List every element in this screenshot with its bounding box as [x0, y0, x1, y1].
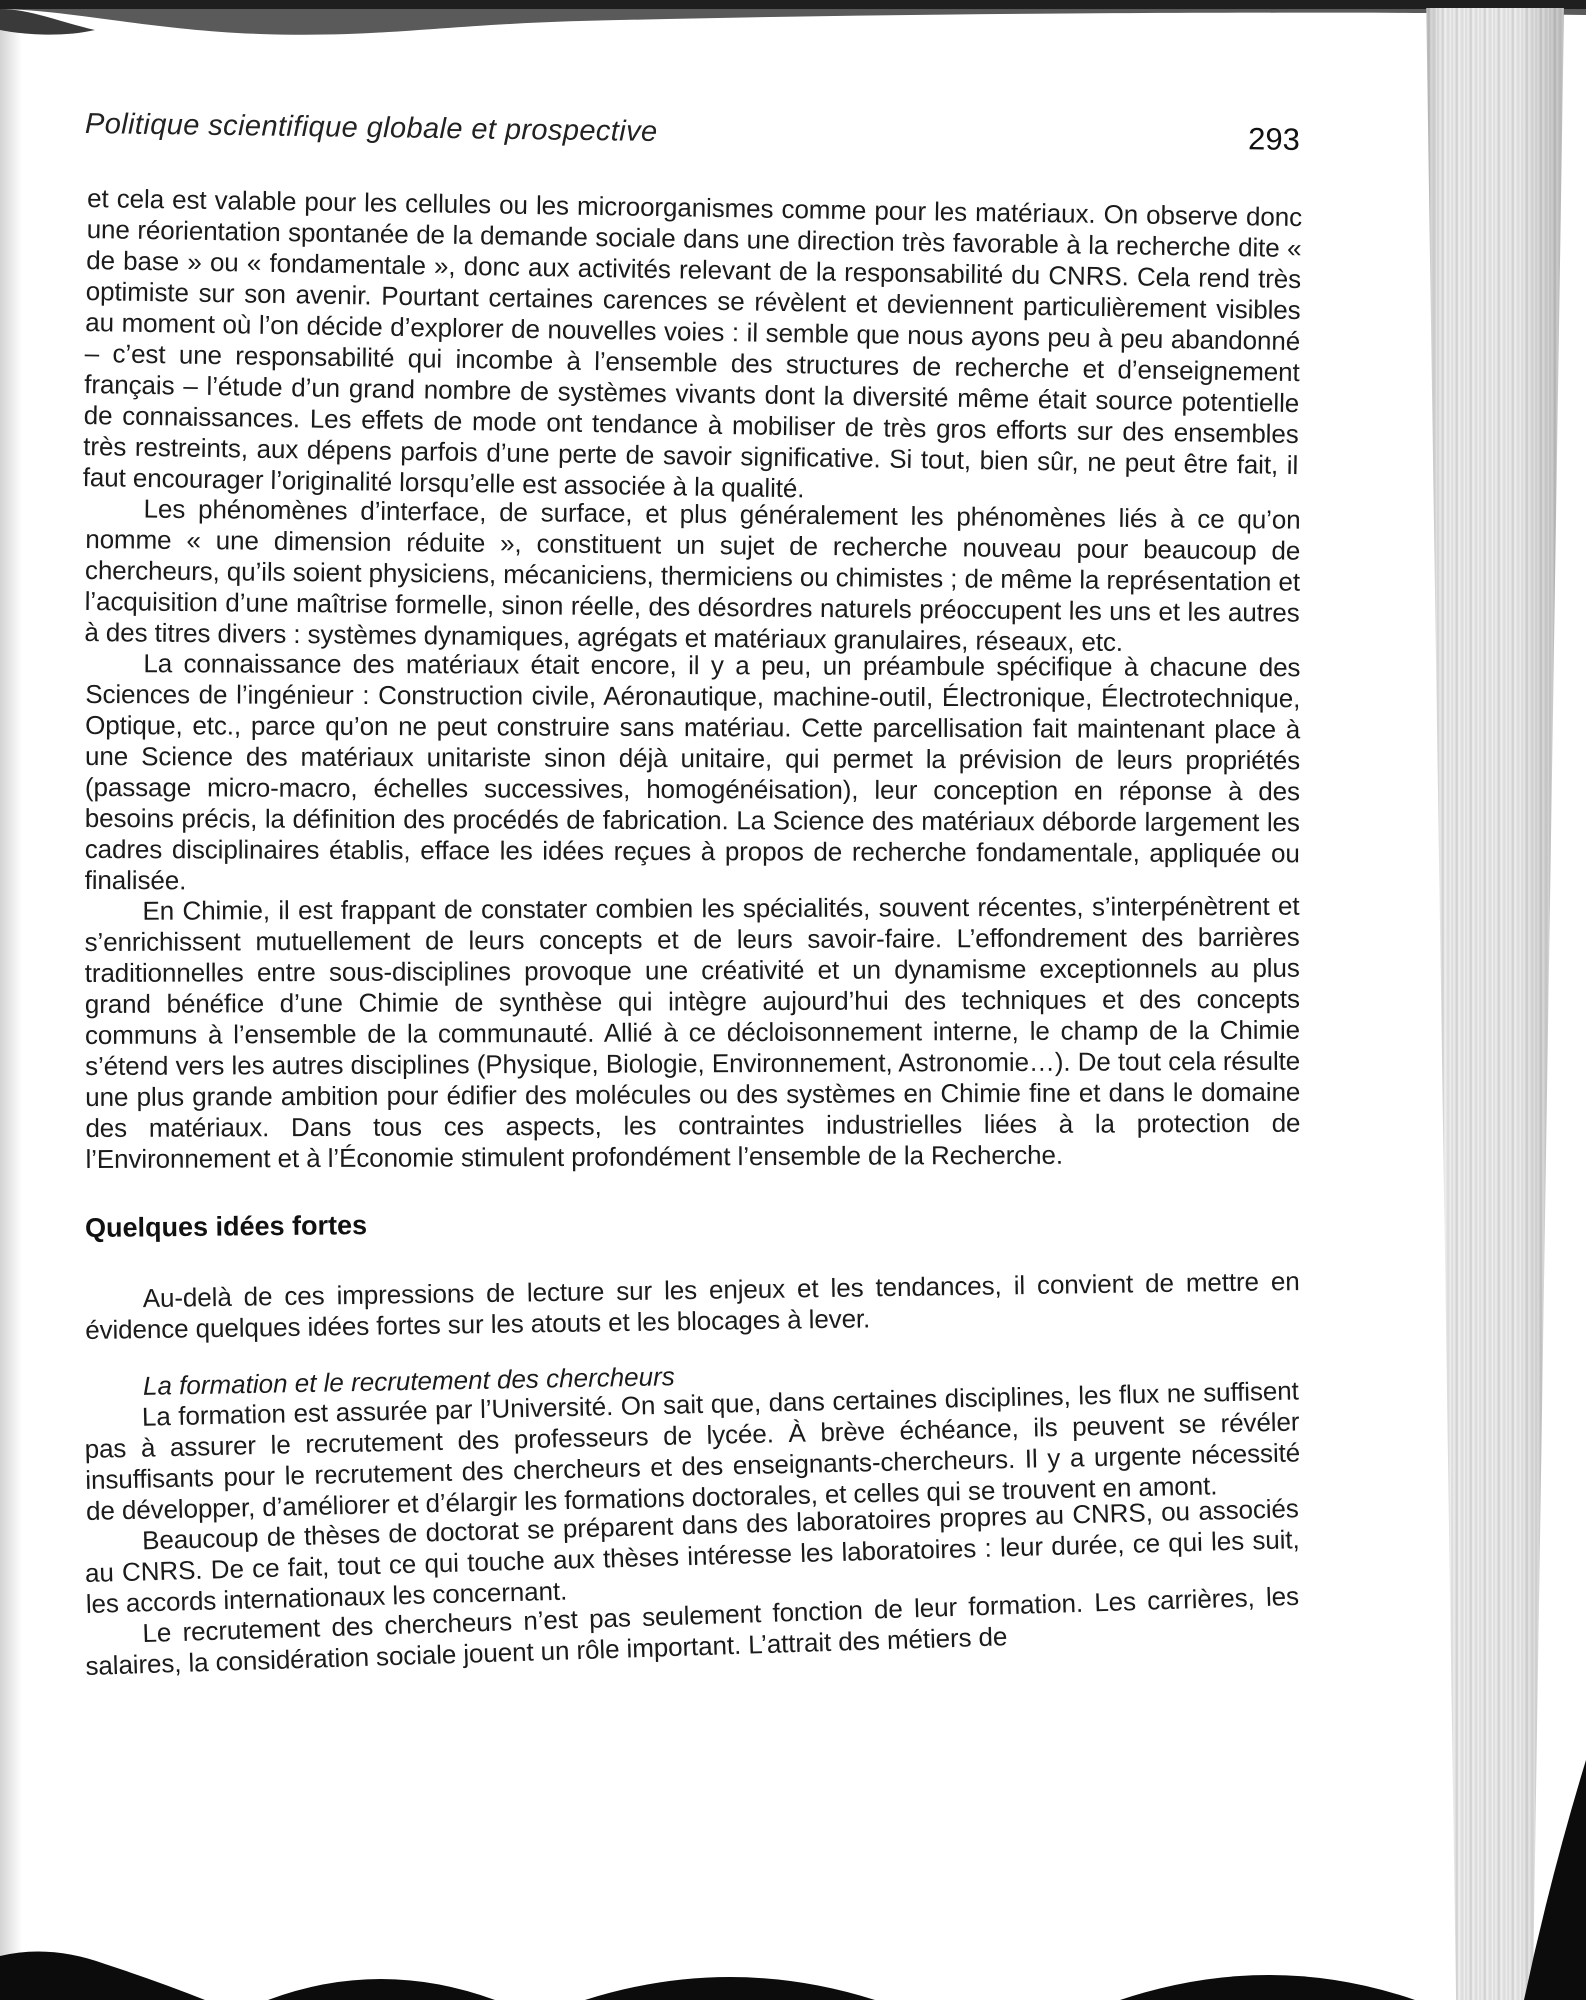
book-bottom-edge	[0, 1760, 1586, 2000]
body-paragraph: En Chimie, il est frappant de constater …	[84, 891, 1300, 1175]
body-paragraph: Les phénomènes d’interface, de surface, …	[84, 493, 1300, 660]
section-heading: Quelques idées fortes	[85, 1200, 1300, 1244]
page-stack-edge	[1422, 8, 1564, 2000]
body-paragraph: et cela est valable pour les cellules ou…	[83, 183, 1303, 512]
left-page-shadow	[0, 0, 22, 2000]
page-content: Politique scientifique globale et prospe…	[85, 105, 1300, 1682]
body-text: et cela est valable pour les cellules ou…	[85, 183, 1300, 1682]
body-paragraph: La connaissance des matériaux était enco…	[85, 648, 1301, 900]
section-intro-paragraph: Au-delà de ces impressions de lecture su…	[85, 1266, 1301, 1346]
running-header-title: Politique scientifique globale et prospe…	[85, 108, 658, 149]
book-top-edge	[0, 0, 1586, 60]
running-header-row: Politique scientifique globale et prospe…	[85, 105, 1300, 158]
page-scan: { "header": { "title": "Politique scient…	[0, 0, 1586, 2000]
page-number: 293	[1248, 121, 1300, 158]
